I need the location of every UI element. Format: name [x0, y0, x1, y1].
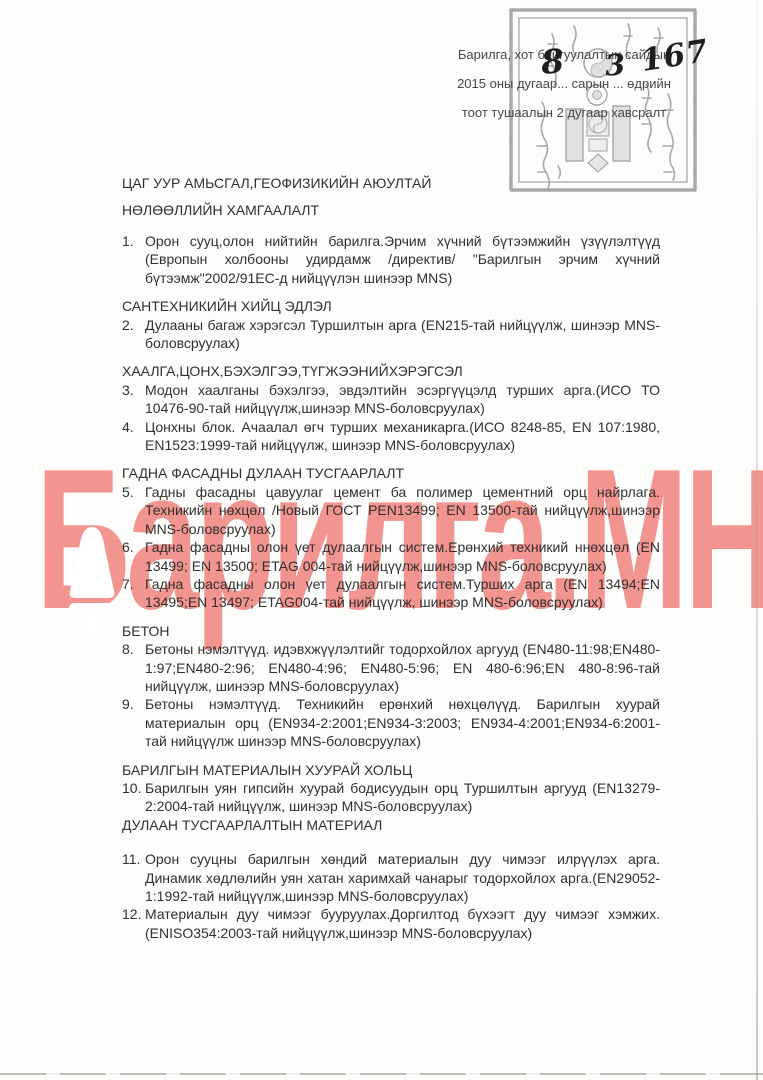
item-number: 6.: [122, 538, 145, 575]
item-number: 5.: [122, 483, 145, 538]
list-item: 3.Модон хаалганы бэхэлгээ, эвдэлтийн эсэ…: [122, 381, 660, 418]
item-text: Гадна фасадны олон үет дулаалгын систем.…: [145, 575, 660, 612]
section-heading: САНТЕХНИКИЙН ХИЙЦ ЭДЛЭЛ: [122, 297, 660, 315]
item-text: Гадны фасадны цавуулаг цемент ба полимер…: [145, 483, 660, 538]
document-title-line: ЦАГ УУР АМЬСГАЛ,ГЕОФИЗИКИЙН АЮУЛТАЙ: [122, 170, 660, 197]
section-heading: ХААЛГА,ЦОНХ,БЭХЭЛГЭЭ,ТҮГЖЭЭНИЙХЭРЭГСЭЛ: [122, 362, 660, 380]
item-number: 4.: [122, 418, 145, 455]
list-item: 11.Орон сууцны барилгын хөндий материалы…: [122, 850, 660, 905]
document-page: Барилга.МН: [0, 0, 763, 1080]
list-item: 6.Гадна фасадны олон үет дулаалгын систе…: [122, 538, 660, 575]
scan-edge-bottom: [0, 1073, 763, 1075]
section-heading: ДУЛААН ТУСГААРЛАЛТЫН МАТЕРИАЛ: [122, 816, 660, 834]
list-item: 9.Бетоны нэмэлтүүд. Техникийн ерөнхий нө…: [122, 695, 660, 750]
item-text: Модон хаалганы бэхэлгээ, эвдэлтийн эсэрг…: [145, 381, 660, 418]
list-item: 2.Дулааны багаж хэрэгсэл Туршилтын арга …: [122, 316, 660, 353]
list-item: 7.Гадна фасадны олон үет дулаалгын систе…: [122, 575, 660, 612]
item-number: 3.: [122, 381, 145, 418]
section-heading: БЕТОН: [122, 622, 660, 640]
item-number: 11.: [122, 850, 145, 905]
list-item: 5.Гадны фасадны цавуулаг цемент ба полим…: [122, 483, 660, 538]
item-text: Материалын дуу чимээг бууруулах.Доргилто…: [145, 905, 660, 942]
item-text: Барилгын уян гипсийн хуурай бодисуудын о…: [145, 779, 660, 816]
item-text: Бетоны нэмэлтүүд. идэвхжүүлэлтийг тодорх…: [145, 640, 660, 695]
item-number: 7.: [122, 575, 145, 612]
item-text: Бетоны нэмэлтүүд. Техникийн ерөнхий нөхц…: [145, 695, 660, 750]
item-number: 1.: [122, 232, 145, 287]
list-item: 10.Барилгын уян гипсийн хуурай бодисууды…: [122, 779, 660, 816]
document-body: ЦАГ УУР АМЬСГАЛ,ГЕОФИЗИКИЙН АЮУЛТАЙНӨЛӨӨ…: [122, 170, 660, 942]
list-item: 4.Цонхны блок. Ачаалал өгч турших механи…: [122, 418, 660, 455]
handwritten-day-number: 3: [604, 47, 627, 82]
bell-logo-icon: [62, 524, 124, 641]
item-number: 2.: [122, 316, 145, 353]
item-text: Цонхны блок. Ачаалал өгч турших механика…: [145, 418, 660, 455]
document-title-line: НӨЛӨӨЛЛИЙН ХАМГААЛАЛТ: [122, 197, 660, 224]
item-number: 12.: [122, 905, 145, 942]
item-text: Орон сууцны барилгын хөндий материалын д…: [145, 850, 660, 905]
item-number: 10.: [122, 779, 145, 816]
item-text: Дулааны багаж хэрэгсэл Туршилтын арга (E…: [145, 316, 660, 353]
document-title: ЦАГ УУР АМЬСГАЛ,ГЕОФИЗИКИЙН АЮУЛТАЙНӨЛӨӨ…: [122, 170, 660, 224]
item-text: Орон сууц,олон нийтийн барилга.Эрчим хүч…: [145, 232, 660, 287]
section-heading: ГАДНА ФАСАДНЫ ДУЛААН ТУСГААРЛАЛТ: [122, 464, 660, 482]
item-text: Гадна фасадны олон үет дулаалгын систем.…: [145, 538, 660, 575]
item-number: 9.: [122, 695, 145, 750]
order-reference-line-3: тоот тушаалын 2 дугаар хавсралт: [418, 98, 710, 127]
list-item: 12.Материалын дуу чимээг бууруулах.Дорги…: [122, 905, 660, 942]
list-item: 1.Орон сууц,олон нийтийн барилга.Эрчим х…: [122, 232, 660, 287]
scan-edge-right: [756, 0, 758, 1080]
section-heading: БАРИЛГЫН МАТЕРИАЛЫН ХУУРАЙ ХОЛЬЦ: [122, 761, 660, 779]
handwritten-month-number: 8: [539, 41, 565, 82]
item-number: 8.: [122, 640, 145, 695]
list-item: 8.Бетоны нэмэлтүүд. идэвхжүүлэлтийг тодо…: [122, 640, 660, 695]
